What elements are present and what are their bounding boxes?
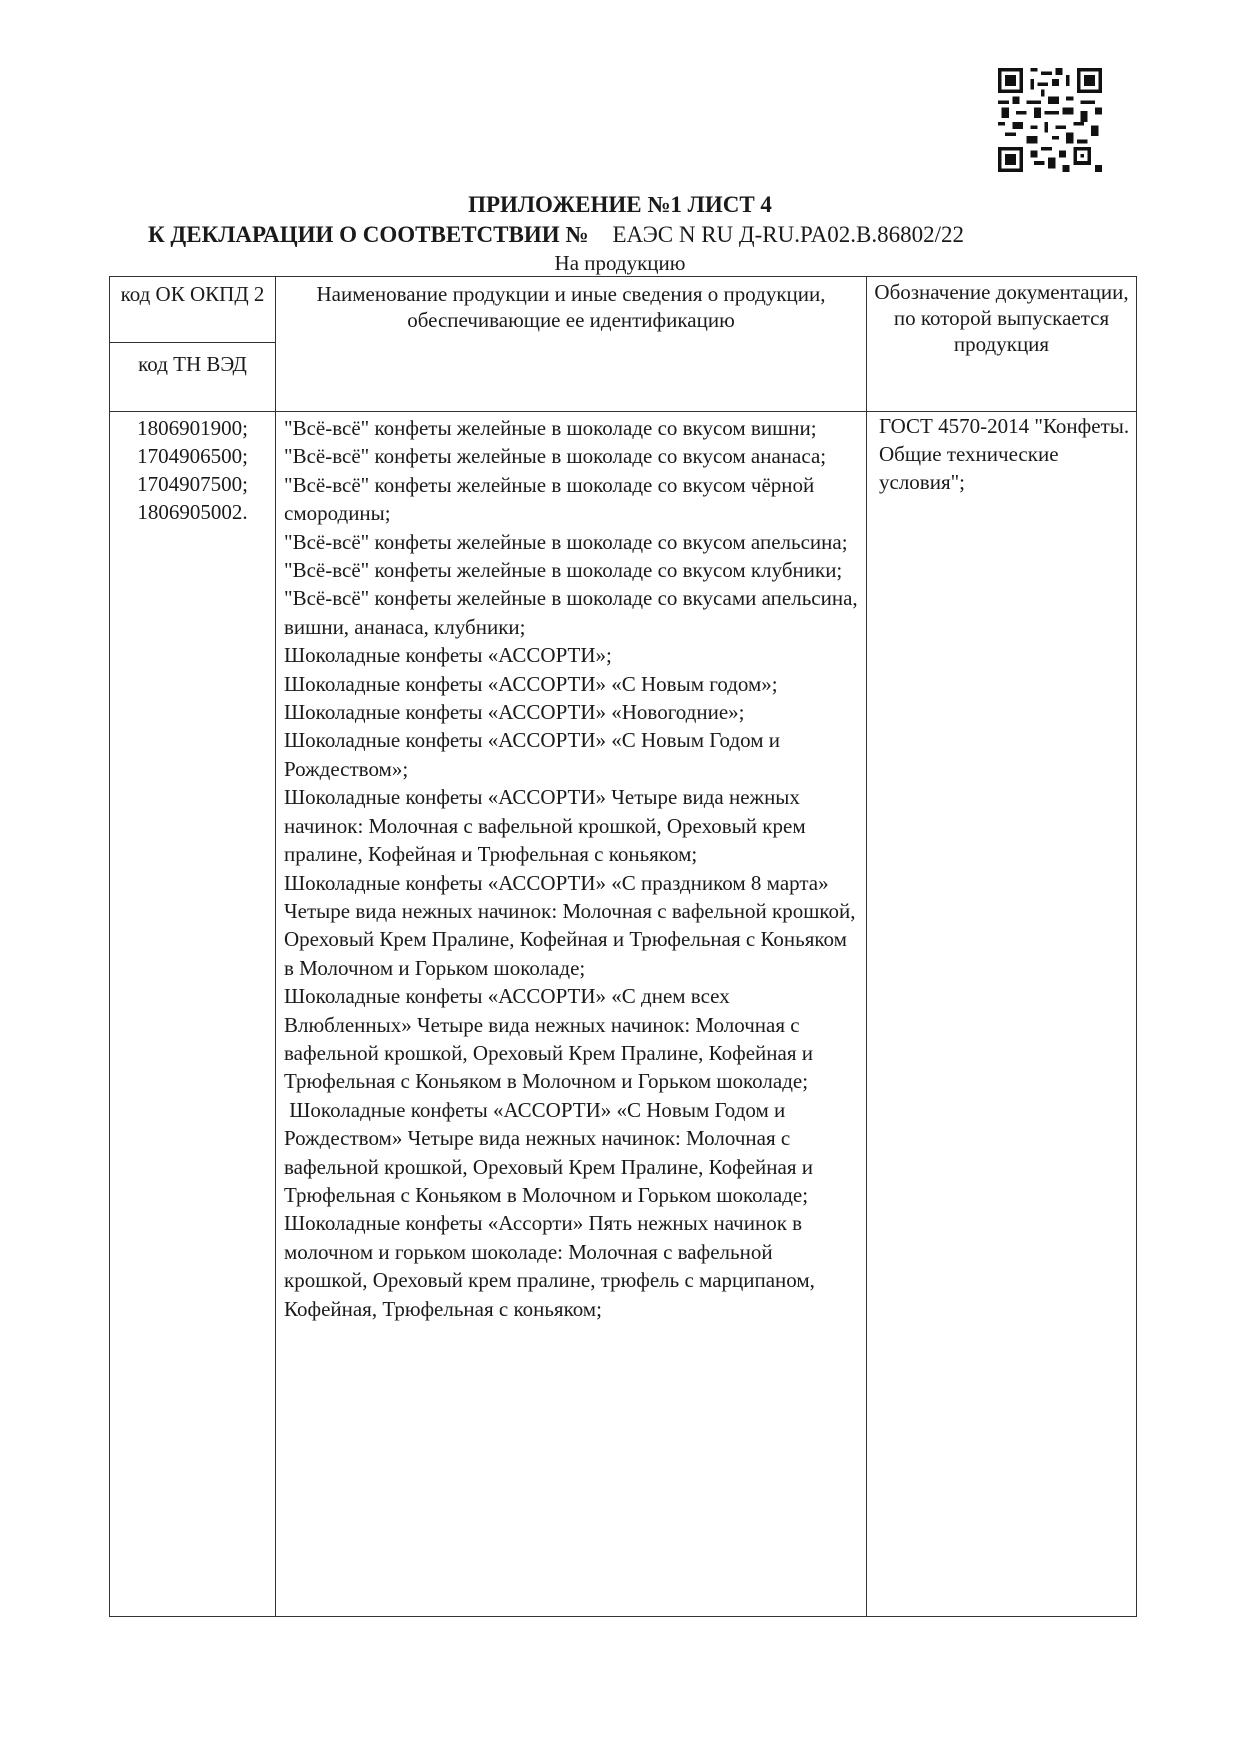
product-item: "Всё-всё" конфеты желейные в шоколаде со… (284, 471, 860, 528)
product-item: Шоколадные конфеты «АССОРТИ» «С Новым Го… (284, 726, 860, 783)
product-item: Шоколадные конфеты «АССОРТИ» Четыре вида… (284, 783, 860, 868)
product-item: "Всё-всё" конфеты желейные в шоколаде со… (284, 442, 860, 470)
declaration-title-label: К ДЕКЛАРАЦИИ О СООТВЕТСТВИИ № (148, 222, 588, 247)
product-item: "Всё-всё" конфеты желейные в шоколаде со… (284, 556, 860, 584)
table-row: 1806901900; 1704906500; 1704907500; 1806… (110, 412, 1137, 1617)
codes-cell: 1806901900; 1704906500; 1704907500; 1806… (110, 412, 276, 1617)
product-item: "Всё-всё" конфеты желейные в шоколаде со… (284, 584, 860, 641)
product-item: Шоколадные конфеты «Ассорти» Пять нежных… (284, 1209, 860, 1323)
header-product-name: Наименование продукции и иные сведения о… (276, 277, 867, 412)
code-item: 1704906500; (110, 442, 275, 470)
header-tnved: код ТН ВЭД (110, 343, 276, 412)
products-cell: "Всё-всё" конфеты желейные в шоколаде со… (276, 412, 867, 1617)
product-item: Шоколадные конфеты «АССОРТИ» «Новогодние… (284, 698, 860, 726)
product-item: Шоколадные конфеты «АССОРТИ»; (284, 641, 860, 669)
product-item: "Всё-всё" конфеты желейные в шоколаде со… (284, 414, 860, 442)
documentation-cell: ГОСТ 4570-2014 "Конфеты. Общие техническ… (867, 412, 1137, 1617)
header-okpd: код ОК ОКПД 2 (110, 277, 276, 343)
product-item: Шоколадные конфеты «АССОРТИ» «С Новым го… (284, 670, 860, 698)
appendix-title: ПРИЛОЖЕНИЕ №1 ЛИСТ 4 (0, 192, 1240, 218)
product-item: Шоколадные конфеты «АССОРТИ» «С днем все… (284, 982, 860, 1096)
header-documentation: Обозначение документации, по которой вып… (867, 277, 1137, 412)
code-item: 1806901900; (110, 414, 275, 442)
products-table: код ОК ОКПД 2 Наименование продукции и и… (109, 276, 1137, 1617)
code-item: 1806905002. (110, 498, 275, 526)
product-item: "Всё-всё" конфеты желейные в шоколаде со… (284, 528, 860, 556)
code-item: 1704907500; (110, 470, 275, 498)
product-item: Шоколадные конфеты «АССОРТИ» «С Новым Го… (284, 1096, 860, 1210)
table-header-row: код ОК ОКПД 2 Наименование продукции и и… (110, 277, 1137, 343)
qr-code-icon (998, 68, 1102, 172)
declaration-title: К ДЕКЛАРАЦИИ О СООТВЕТСТВИИ №ЕАЭС N RU Д… (148, 222, 964, 248)
declaration-number: ЕАЭС N RU Д-RU.PA02.B.86802/22 (612, 222, 964, 247)
product-item: Шоколадные конфеты «АССОРТИ» «С праздник… (284, 869, 860, 983)
subtitle: На продукцию (0, 251, 1240, 276)
